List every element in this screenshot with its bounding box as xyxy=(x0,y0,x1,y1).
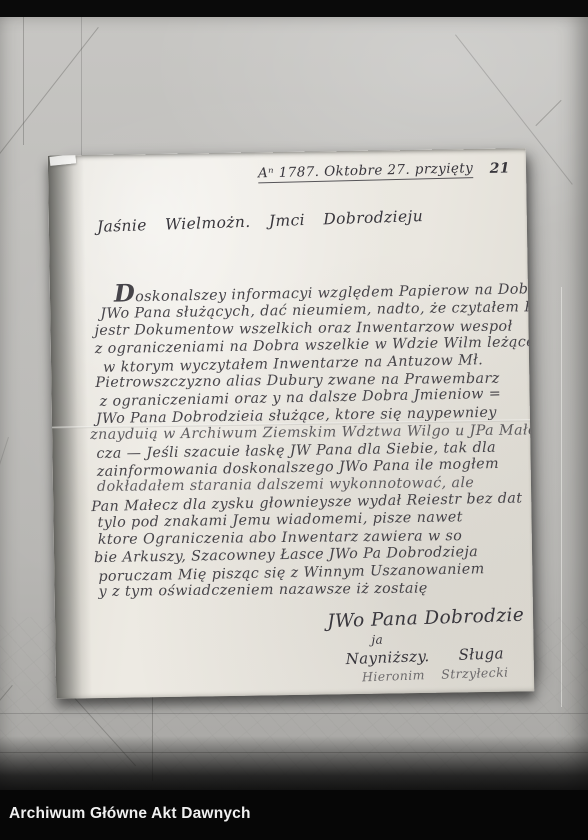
closing-address: JWo Pana Dobrodzie xyxy=(327,605,528,633)
archive-caption: Archiwum Główne Akt Dawnych xyxy=(9,805,251,823)
scratch-mark xyxy=(23,17,24,145)
salutation-line: Jaśnie Wielmożn. Jmci Dobrodzieju xyxy=(97,207,424,236)
folio-number: 21 xyxy=(490,161,511,177)
archival-scan-frame: Aⁿ 1787. Oktobre 27. przyięty 21 Jaśnie … xyxy=(0,0,588,840)
date-annotation: Aⁿ 1787. Oktobre 27. przyięty xyxy=(258,160,474,183)
letter-page: Aⁿ 1787. Oktobre 27. przyięty 21 Jaśnie … xyxy=(48,148,534,698)
scratch-mark xyxy=(81,17,82,177)
caption-bar: Archiwum Główne Akt Dawnych xyxy=(0,790,588,840)
scratch-mark xyxy=(535,100,561,126)
paper-corner-fold xyxy=(49,154,76,166)
handwritten-line: y z tym oświadczeniem nazawsze iż zostai… xyxy=(99,579,527,601)
closing-block: JWo Pana Dobrodzie ja Nayniższy. Sługa H… xyxy=(327,606,528,683)
scratch-mark xyxy=(0,27,99,162)
letter-body: Doskonalszey informacyi względem Papiero… xyxy=(88,277,527,602)
archival-annotation: Aⁿ 1787. Oktobre 27. przyięty 21 xyxy=(258,161,510,183)
signature: Hieronim Strzyłecki xyxy=(362,664,528,684)
